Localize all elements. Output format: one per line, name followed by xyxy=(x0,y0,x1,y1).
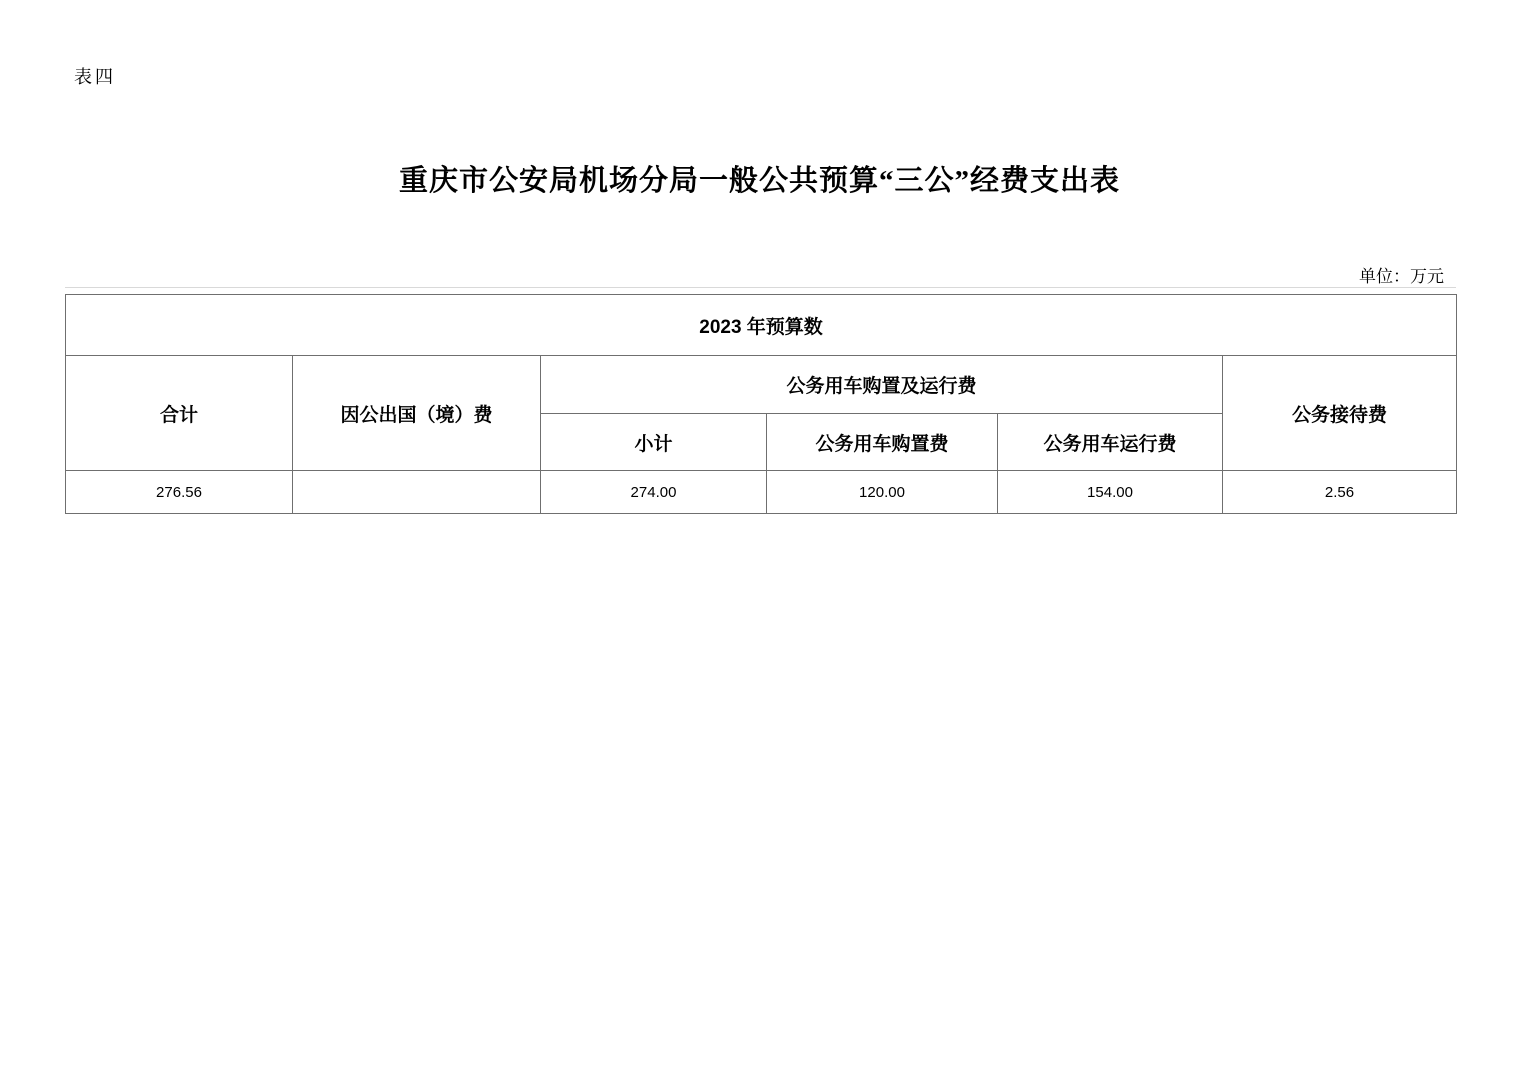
header-year: 2023 年预算数 xyxy=(66,295,1457,356)
cell-vehicle-subtotal-value: 274.00 xyxy=(541,471,767,514)
cell-vehicle-operation-value: 154.00 xyxy=(998,471,1223,514)
cell-reception-value: 2.56 xyxy=(1223,471,1457,514)
table-row-data: 276.56 274.00 120.00 154.00 2.56 xyxy=(66,471,1457,514)
header-vehicle-group: 公务用车购置及运行费 xyxy=(541,356,1223,414)
faint-divider-line xyxy=(65,287,1456,288)
table-row-group-headers: 合计 因公出国（境）费 公务用车购置及运行费 公务接待费 xyxy=(66,356,1457,414)
cell-vehicle-purchase-value: 120.00 xyxy=(767,471,998,514)
document-page: 表四 重庆市公安局机场分局一般公共预算“三公”经费支出表 单位：万元 2023 … xyxy=(0,0,1519,1075)
cell-abroad-value xyxy=(293,471,541,514)
page-title: 重庆市公安局机场分局一般公共预算“三公”经费支出表 xyxy=(0,158,1519,199)
table-number-label: 表四 xyxy=(74,63,116,89)
header-vehicle-subtotal: 小计 xyxy=(541,414,767,471)
header-reception-fee: 公务接待费 xyxy=(1223,356,1457,471)
header-total: 合计 xyxy=(66,356,293,471)
header-vehicle-operation: 公务用车运行费 xyxy=(998,414,1223,471)
table-row-year: 2023 年预算数 xyxy=(66,295,1457,356)
unit-note: 单位：万元 xyxy=(1359,262,1444,287)
cell-total-value: 276.56 xyxy=(66,471,293,514)
header-abroad-fee: 因公出国（境）费 xyxy=(293,356,541,471)
header-vehicle-purchase: 公务用车购置费 xyxy=(767,414,998,471)
budget-table: 2023 年预算数 合计 因公出国（境）费 公务用车购置及运行费 公务接待费 小… xyxy=(65,294,1457,514)
